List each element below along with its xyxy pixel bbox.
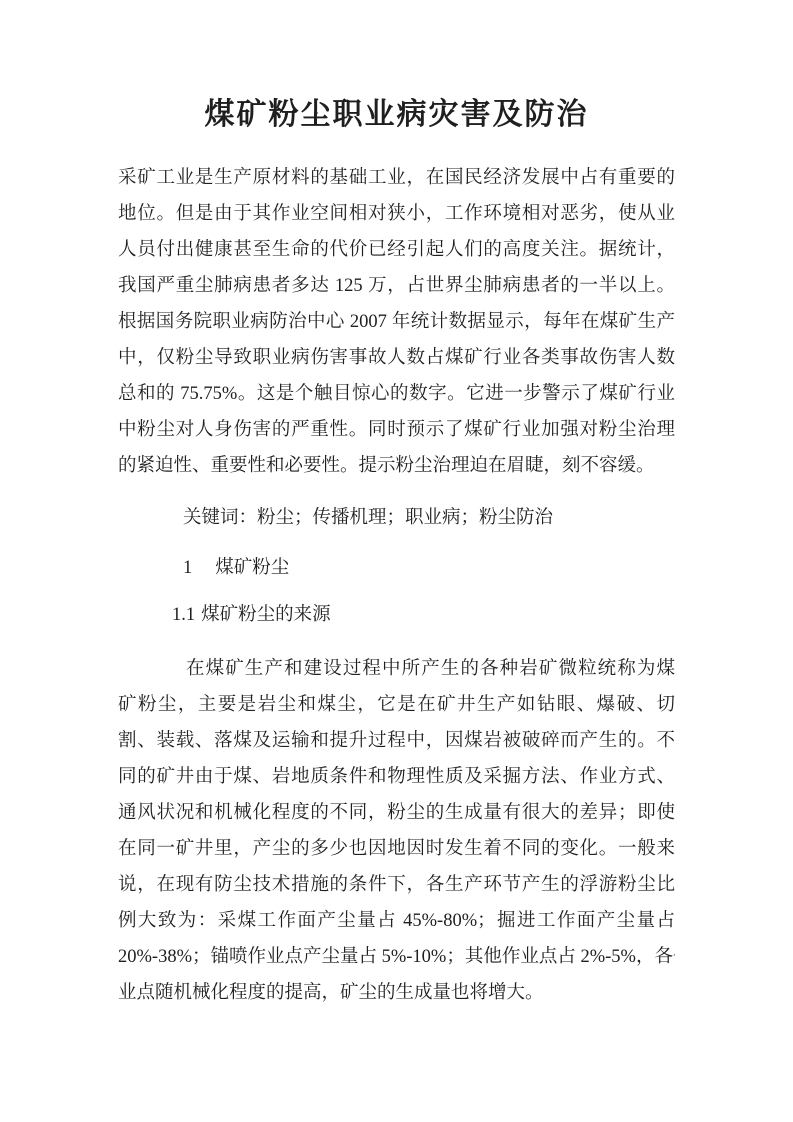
abstract-paragraph: 采矿工业是生产原材料的基础工业，在国民经济发展中占有重要的地位。但是由于其作业空… (118, 160, 675, 484)
text-line: 总和的 75.75%。这是个触目惊心的数字。它进一步警示了煤矿行业 (118, 376, 675, 412)
section-1-1-title: 煤矿粉尘的来源 (201, 605, 331, 625)
section-1-1-number: 1.1 (172, 597, 195, 633)
text-line: 我国严重尘肺病患者多达 125 万，占世界尘肺病患者的一半以上。 (118, 268, 675, 304)
body-paragraph: 在煤矿生产和建设过程中所产生的各种岩矿微粒统称为煤矿粉尘，主要是岩尘和煤尘，它是… (118, 651, 675, 1011)
text-line: 业点随机械化程度的提高，矿尘的生成量也将增大。 (118, 975, 675, 1011)
keywords-line: 关键词：粉尘；传播机理；职业病；粉尘防治 (118, 500, 675, 536)
text-line: 地位。但是由于其作业空间相对狭小，工作环境相对恶劣，使从业 (118, 196, 675, 232)
document-page: 煤矿粉尘职业病灾害及防治 采矿工业是生产原材料的基础工业，在国民经济发展中占有重… (0, 0, 793, 1122)
text-line: 说，在现有防尘技术措施的条件下，各生产环节产生的浮游粉尘比 (118, 867, 675, 903)
section-1-heading: 1煤矿粉尘 (118, 550, 675, 586)
text-line: 在同一矿井里，产尘的多少也因地因时发生着不同的变化。一般来 (118, 831, 675, 867)
text-line: 通风状况和机械化程度的不同，粉尘的生成量有很大的差异；即使 (118, 795, 675, 831)
section-1-1-heading: 1.1煤矿粉尘的来源 (118, 597, 675, 633)
text-line: 例大致为：采煤工作面产尘量占 45%-80%；掘进工作面产尘量占 (118, 903, 675, 939)
text-line: 在煤矿生产和建设过程中所产生的各种岩矿微粒统称为煤 (118, 651, 675, 687)
text-line: 采矿工业是生产原材料的基础工业，在国民经济发展中占有重要的 (118, 160, 675, 196)
section-1-number: 1 (183, 550, 192, 586)
section-1-title: 煤矿粉尘 (215, 558, 289, 578)
text-line: 中，仅粉尘导致职业病伤害事故人数占煤矿行业各类事故伤害人数 (118, 340, 675, 376)
text-line: 矿粉尘，主要是岩尘和煤尘，它是在矿井生产如钻眼、爆破、切 (118, 687, 675, 723)
text-line: 同的矿井由于煤、岩地质条件和物理性质及采掘方法、作业方式、 (118, 759, 675, 795)
text-line: 20%-38%；锚喷作业点产尘量占 5%-10%；其他作业点占 2%-5%，各作 (118, 939, 675, 975)
text-line: 的紧迫性、重要性和必要性。提示粉尘治理迫在眉睫，刻不容缓。 (118, 448, 675, 484)
document-title: 煤矿粉尘职业病灾害及防治 (118, 93, 675, 137)
text-line: 根据国务院职业病防治中心 2007 年统计数据显示，每年在煤矿生产 (118, 304, 675, 340)
text-line: 割、装载、落煤及运输和提升过程中，因煤岩被破碎而产生的。不 (118, 723, 675, 759)
text-line: 人员付出健康甚至生命的代价已经引起人们的高度关注。据统计， (118, 232, 675, 268)
text-line: 中粉尘对人身伤害的严重性。同时预示了煤矿行业加强对粉尘治理 (118, 412, 675, 448)
